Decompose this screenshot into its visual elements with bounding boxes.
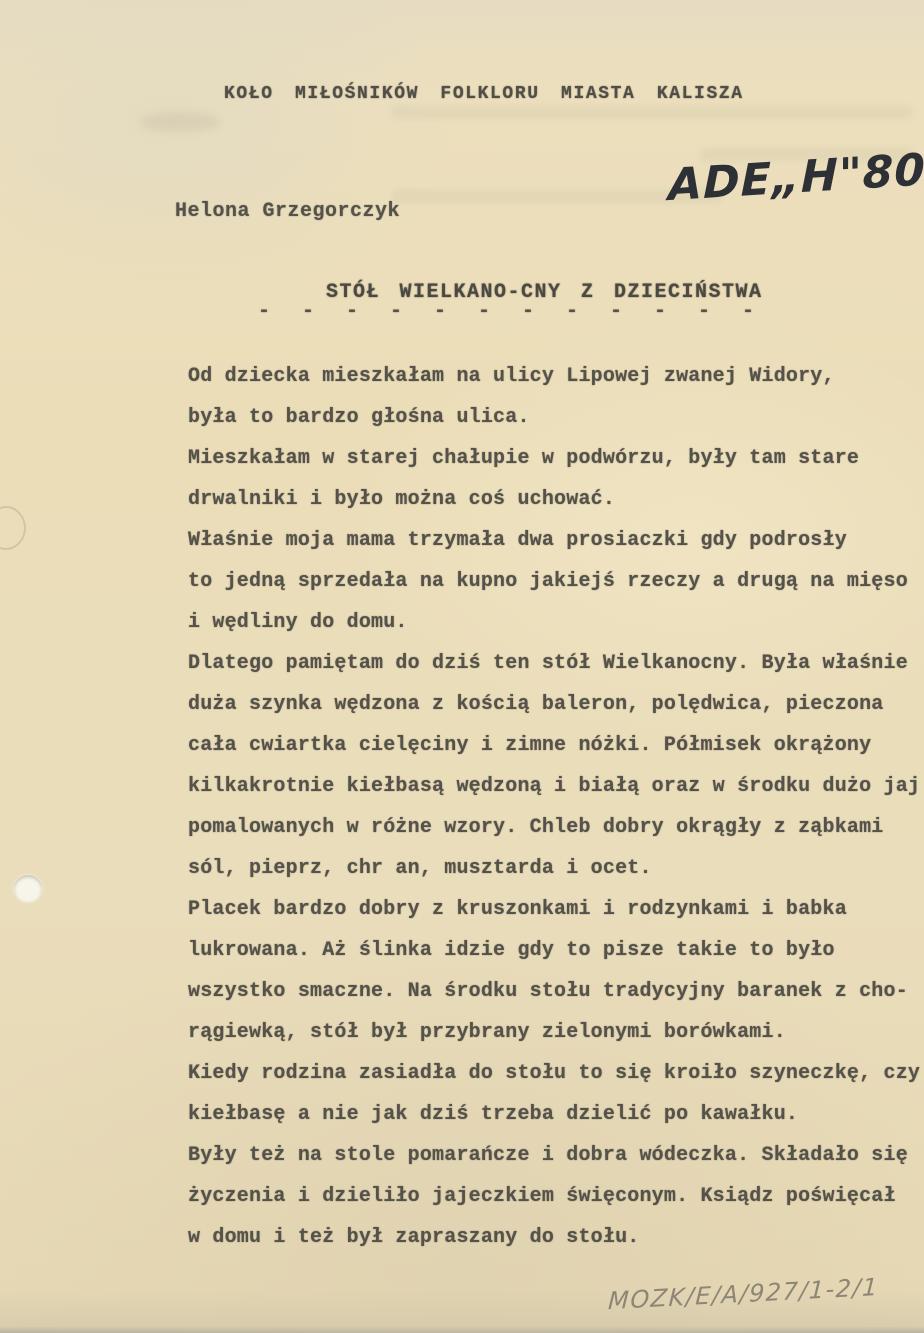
typescript-line: kiełbasę a nie jak dziś trzeba dzielić p… — [188, 1094, 924, 1135]
typescript-line: pomalowanych w różne wzory. Chleb dobry … — [188, 807, 924, 848]
typescript-line: sól, pieprz, chr an, musztarda i ocet. — [188, 848, 924, 889]
typescript-line: kilkakrotnie kiełbasą wędzoną i białą or… — [188, 766, 924, 807]
typescript-line: rągiewką, stół był przybrany zielonymi b… — [188, 1012, 924, 1053]
scanned-document-page: KOŁO MIŁOŚNIKÓW FOLKLORU MIASTA KALISZA … — [0, 0, 924, 1333]
organization-header: KOŁO MIŁOŚNIKÓW FOLKLORU MIASTA KALISZA — [224, 84, 744, 104]
faint-hole-impression — [0, 506, 26, 550]
typescript-line: Od dziecka mieszkałam na ulicy Lipowej z… — [188, 356, 924, 397]
typescript-line: życzenia i dzieliło jajeczkiem święconym… — [188, 1176, 924, 1217]
pencil-catalogue-number: MOZK/E/A/927/1-2/1 — [607, 1273, 879, 1315]
typescript-line: drwalniki i było można coś uchować. — [188, 479, 924, 520]
ghost-line — [392, 106, 912, 119]
typescript-line: to jedną sprzedała na kupno jakiejś rzec… — [188, 561, 924, 602]
author-name: Helona Grzegorczyk — [175, 200, 400, 223]
typescript-line: Mieszkałam w starej chałupie w podwórzu,… — [188, 438, 924, 479]
typescript-line: Placek bardzo dobry z kruszonkami i rodz… — [188, 889, 924, 930]
typescript-line: i wędliny do domu. — [188, 602, 924, 643]
typescript-line: duża szynka wędzona z kością baleron, po… — [188, 684, 924, 725]
typescript-line: Były też na stole pomarańcze i dobra wód… — [188, 1135, 924, 1176]
punched-hole — [14, 875, 42, 902]
paper-smudge — [140, 112, 220, 132]
typescript-body: Od dziecka mieszkałam na ulicy Lipowej z… — [188, 356, 924, 1258]
typescript-line: Właśnie moja mama trzymała dwa prosiaczk… — [188, 520, 924, 561]
typescript-line: Dlatego pamiętam do dziś ten stół Wielka… — [188, 643, 924, 684]
typescript-line: wszystko smaczne. Na środku stołu tradyc… — [188, 971, 924, 1012]
typescript-line: była to bardzo głośna ulica. — [188, 397, 924, 438]
typescript-line: cała cwiartka cielęciny i zimne nóżki. P… — [188, 725, 924, 766]
typescript-line: lukrowana. Aż ślinka idzie gdy to pisze … — [188, 930, 924, 971]
typescript-line: w domu i też był zapraszany do stołu. — [188, 1217, 924, 1258]
typescript-line: Kiedy rodzina zasiadła do stołu to się k… — [188, 1053, 924, 1094]
title-underline: - - - - - - - - - - - - - - - - - - - - … — [258, 300, 758, 323]
